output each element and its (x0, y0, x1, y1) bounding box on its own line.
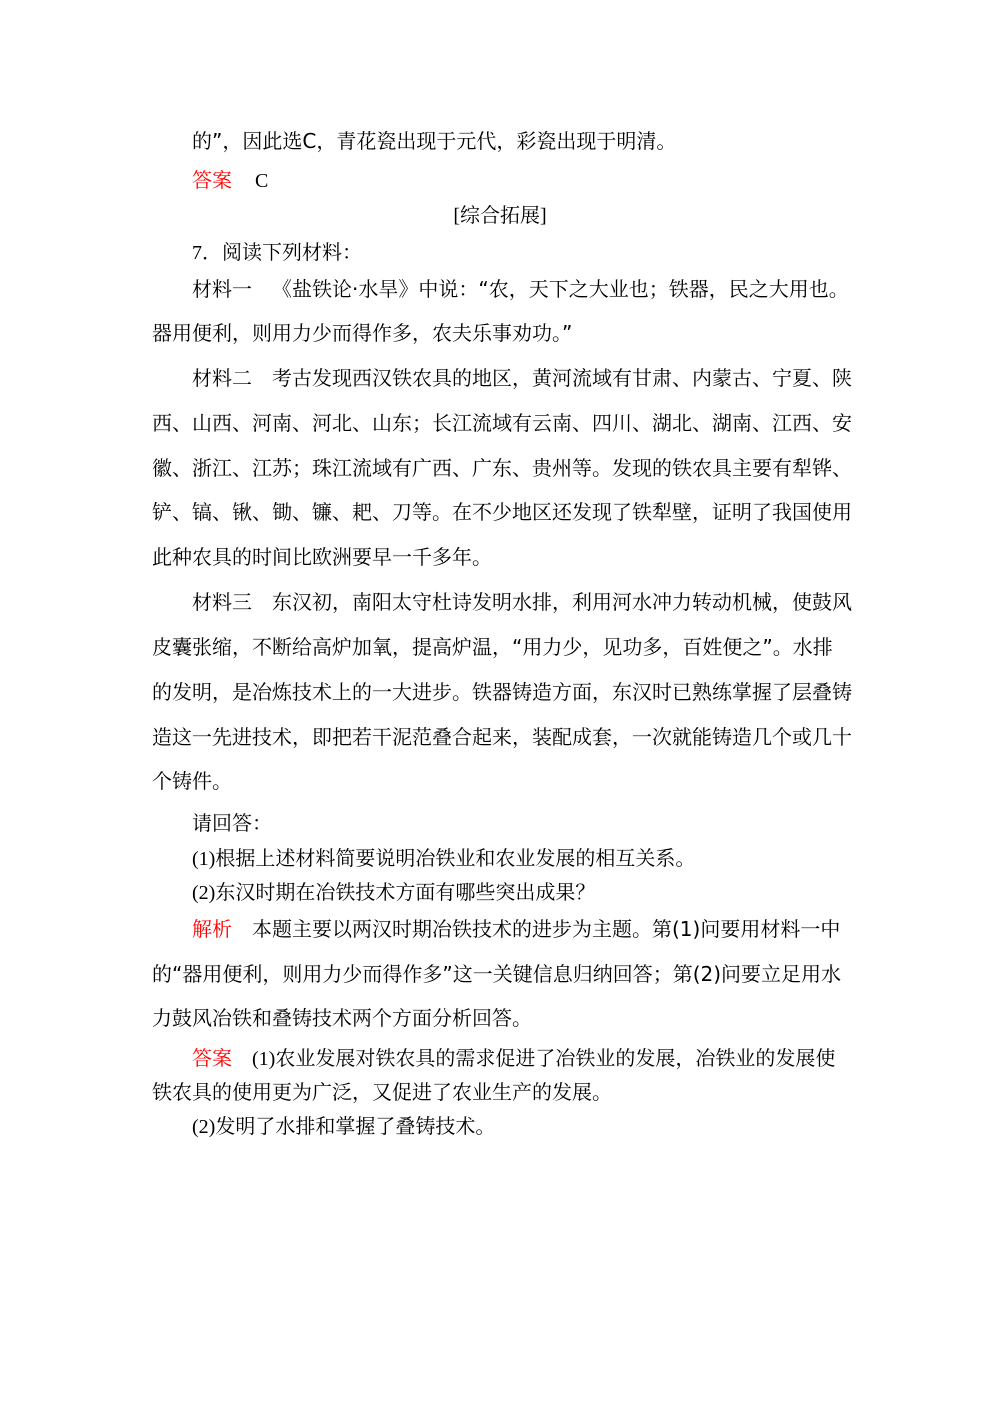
question-1: (1)根据上述材料简要说明冶铁业和农业发展的相互关系。 (192, 847, 695, 871)
answer-line-3: (2)发明了水排和掌握了叠铸技术。 (192, 1115, 495, 1139)
material3-line-4: 造这一先进技术，即把若干泥范叠合起来，装配成套，一次就能铸造几个或几十 (152, 725, 852, 749)
answer-label: 答案 (192, 168, 232, 192)
material2-line-2: 西、山西、河南、河北、山东；长江流域有云南、四川、湖北、湖南、江西、安 (152, 411, 852, 435)
material2-line-4: 铲、镐、锹、锄、镰、耙、刀等。在不少地区还发现了铁犁壁，证明了我国使用 (152, 500, 852, 524)
material1-label: 材料一 (192, 277, 252, 301)
answer-line-2: 铁农具的使用更为广泛，又促进了农业生产的发展。 (152, 1081, 612, 1105)
final-answer-label: 答案 (192, 1046, 232, 1070)
material2-line-1: 材料二考古发现西汉铁农具的地区，黄河流域有甘肃、内蒙古、宁夏、陕 (192, 366, 852, 390)
material3-line-5: 个铸件。 (152, 769, 232, 793)
material3-line-1: 材料三东汉初，南阳太守杜诗发明水排，利用河水冲力转动机械，使鼓风 (192, 590, 852, 614)
analysis-label: 解析 (192, 917, 232, 941)
material3-line-2: 皮囊张缩，不断给高炉加氧，提高炉温，“用力少，见功多，百姓便之”。水排 (152, 635, 833, 659)
prompt-text: 请回答： (192, 812, 272, 836)
material1-line-1: 材料一《盐铁论·水旱》中说：“农，天下之大业也；铁器，民之大用也。 (192, 277, 849, 301)
analysis-line-1: 解析本题主要以两汉时期冶铁技术的进步为主题。第(1)问要用材料一中 (192, 917, 840, 941)
document-page: 的”，因此选C，青花瓷出现于元代，彩瓷出现于明清。 答案 C [综合拓展] 7．… (0, 0, 1000, 1414)
continuation-text: 的”，因此选C，青花瓷出现于元代，彩瓷出现于明清。 (192, 129, 676, 153)
analysis-line-2: 的“器用便利，则用力少而得作多”这一关键信息归纳回答；第(2)问要立足用水 (152, 962, 841, 986)
material1-line-2: 器用便利，则用力少而得作多，农夫乐事劝功。” (152, 321, 572, 345)
answer-line-1: 答案(1)农业发展对铁农具的需求促进了冶铁业的发展，冶铁业的发展使 (192, 1046, 835, 1071)
material3-label: 材料三 (192, 590, 252, 614)
material3-line-3: 的发明，是冶炼技术上的一大进步。铁器铸造方面，东汉时已熟练掌握了层叠铸 (152, 680, 852, 704)
answer-value: C (255, 170, 268, 192)
material2-line-3: 徽、浙江、江苏；珠江流域有广西、广东、贵州等。发现的铁农具主要有犁铧、 (152, 456, 852, 480)
section-header: [综合拓展] (0, 204, 1000, 228)
question-2: (2)东汉时期在冶铁技术方面有哪些突出成果？ (192, 881, 595, 905)
analysis-line-3: 力鼓风冶铁和叠铸技术两个方面分析回答。 (152, 1006, 532, 1030)
previous-answer: 答案 C (192, 168, 268, 193)
question-intro: 7．阅读下列材料： (192, 241, 362, 265)
material2-line-5: 此种农具的时间比欧洲要早一千多年。 (152, 545, 492, 569)
material2-label: 材料二 (192, 366, 252, 390)
